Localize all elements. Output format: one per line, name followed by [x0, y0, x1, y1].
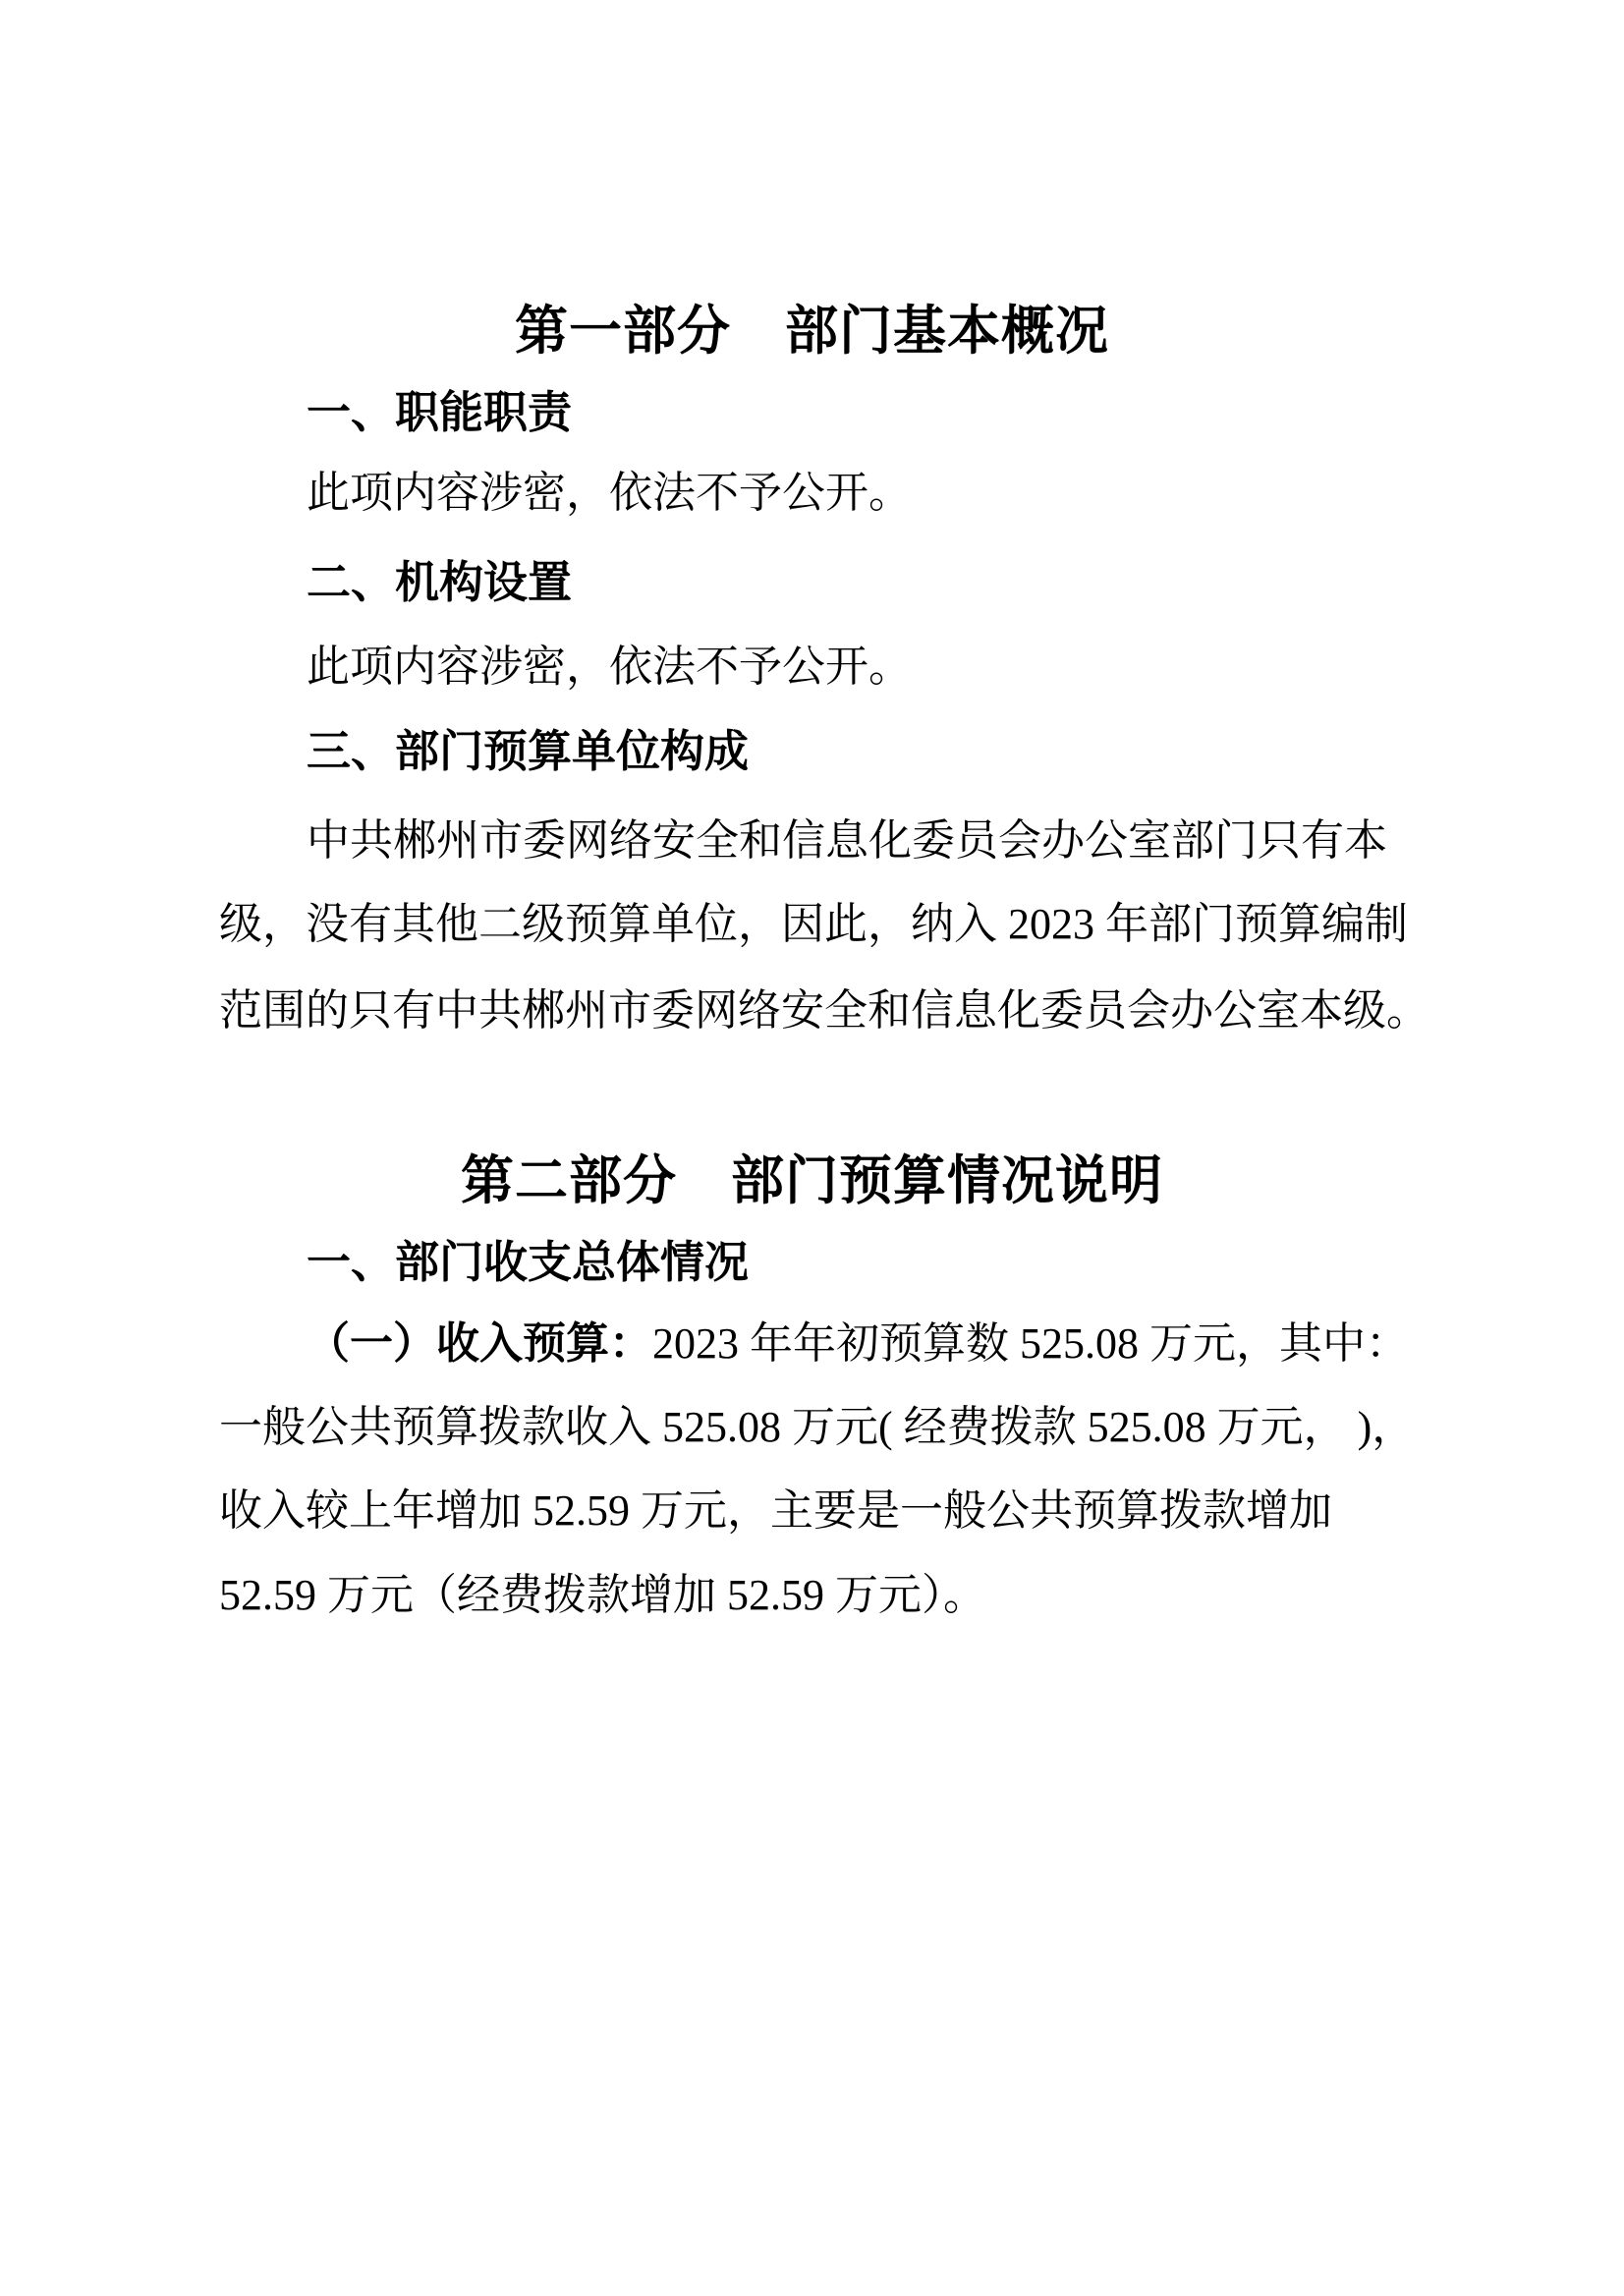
document-page: 第一部分 部门基本概况 一、职能职责 此项内容涉密，依法不予公开。 二、机构设置… [0, 0, 1624, 2296]
income-budget-label: （一）收入预算： [307, 1319, 652, 1368]
part1-heading-budget-units: 三、部门预算单位构成 [307, 726, 749, 777]
part1-heading-organization: 二、机构设置 [307, 557, 572, 608]
part2-paragraph-line: 52.59 万元（经费拨款增加 52.59 万元）。 [219, 1571, 986, 1621]
part2-paragraph-line: （一）收入预算：2023 年年初预算数 525.08 万元，其中： [307, 1319, 1409, 1370]
part2-title: 第二部分 部门预算情况说明 [0, 1150, 1624, 1211]
part2-heading-overall-revenue-expenditure: 一、部门收支总体情况 [307, 1237, 749, 1288]
part1-heading-functions: 一、职能职责 [307, 387, 572, 438]
part1-body-functions-confidential: 此项内容涉密，依法不予公开。 [307, 469, 912, 519]
part2-paragraph-line: 一般公共预算拨款收入 525.08 万元( 经费拨款 525.08 万元， )， [219, 1403, 1415, 1453]
part1-title: 第一部分 部门基本概况 [0, 301, 1624, 362]
part1-paragraph-line: 范围的只有中共郴州市委网络安全和信息化委员会办公室本级。 [219, 986, 1429, 1036]
part1-paragraph-line: 中共郴州市委网络安全和信息化委员会办公室部门只有本 [307, 816, 1387, 867]
part1-paragraph-line: 级，没有其他二级预算单位，因此，纳入 2023 年部门预算编制 [219, 900, 1408, 950]
income-budget-text: 2023 年年初预算数 525.08 万元，其中： [652, 1319, 1409, 1368]
part1-body-organization-confidential: 此项内容涉密，依法不予公开。 [307, 643, 912, 693]
part2-paragraph-line: 收入较上年增加 52.59 万元，主要是一般公共预算拨款增加 [219, 1486, 1332, 1537]
